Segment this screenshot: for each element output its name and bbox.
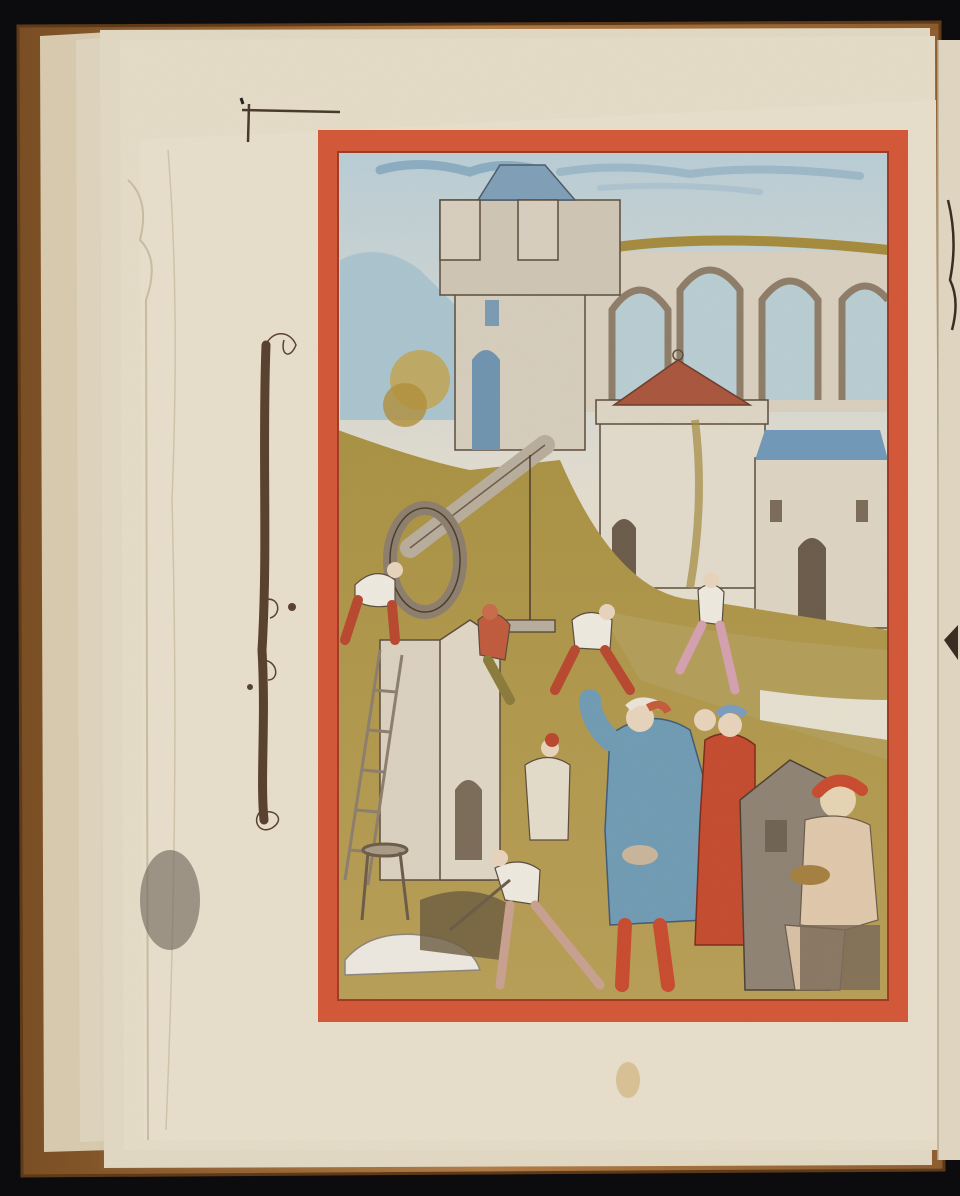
manuscript-photo	[0, 0, 960, 1196]
illustration	[318, 130, 908, 1022]
